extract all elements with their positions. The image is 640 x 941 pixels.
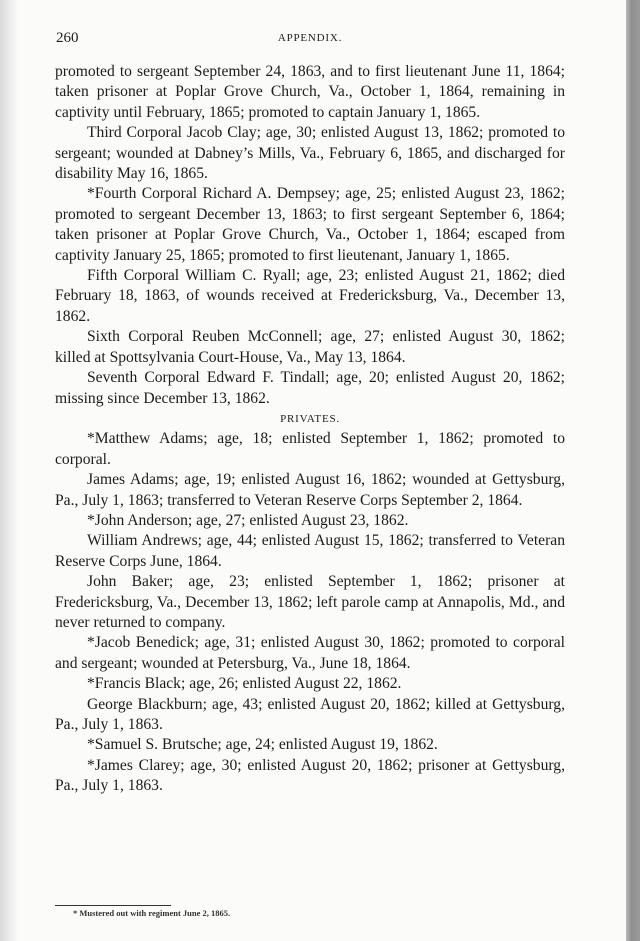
entry-paragraph: *John Anderson; age, 27; enlisted August… [55,511,565,531]
footnote-rule [55,905,171,906]
entry-paragraph: George Blackburn; age, 43; enlisted Augu… [55,695,565,736]
footnote: * Mustered out with regiment June 2, 186… [73,908,230,918]
book-gutter [626,0,640,941]
entry-paragraph: *Fourth Corporal Richard A. Dempsey; age… [55,184,565,266]
entry-paragraph: *Jacob Benedick; age, 31; enlisted Augus… [55,633,565,674]
entry-paragraph: Third Corporal Jacob Clay; age, 30; enli… [55,123,565,184]
body-text: promoted to sergeant September 24, 1863,… [55,62,565,797]
running-title: APPENDIX. [55,32,565,44]
entry-paragraph: Seventh Corporal Edward F. Tindall; age,… [55,368,565,409]
entry-paragraph: John Baker; age, 23; enlisted September … [55,572,565,633]
entry-paragraph: Fifth Corporal William C. Ryall; age, 23… [55,266,565,327]
entry-paragraph: *Samuel S. Brutsche; age, 24; enlisted A… [55,735,565,755]
section-heading: PRIVATES. [55,409,565,429]
entry-paragraph: Sixth Corporal Reuben McConnell; age, 27… [55,327,565,368]
entry-paragraph: William Andrews; age, 44; enlisted Augus… [55,531,565,572]
running-head: 260 APPENDIX. [55,30,565,50]
entry-paragraph: *Francis Black; age, 26; enlisted August… [55,674,565,694]
entry-paragraph: *Matthew Adams; age, 18; enlisted Septem… [55,429,565,470]
paragraph-continued: promoted to sergeant September 24, 1863,… [55,62,565,123]
entry-paragraph: James Adams; age, 19; enlisted August 16… [55,470,565,511]
page-left-shadow [0,0,18,941]
entry-paragraph: *James Clarey; age, 30; enlisted August … [55,756,565,797]
